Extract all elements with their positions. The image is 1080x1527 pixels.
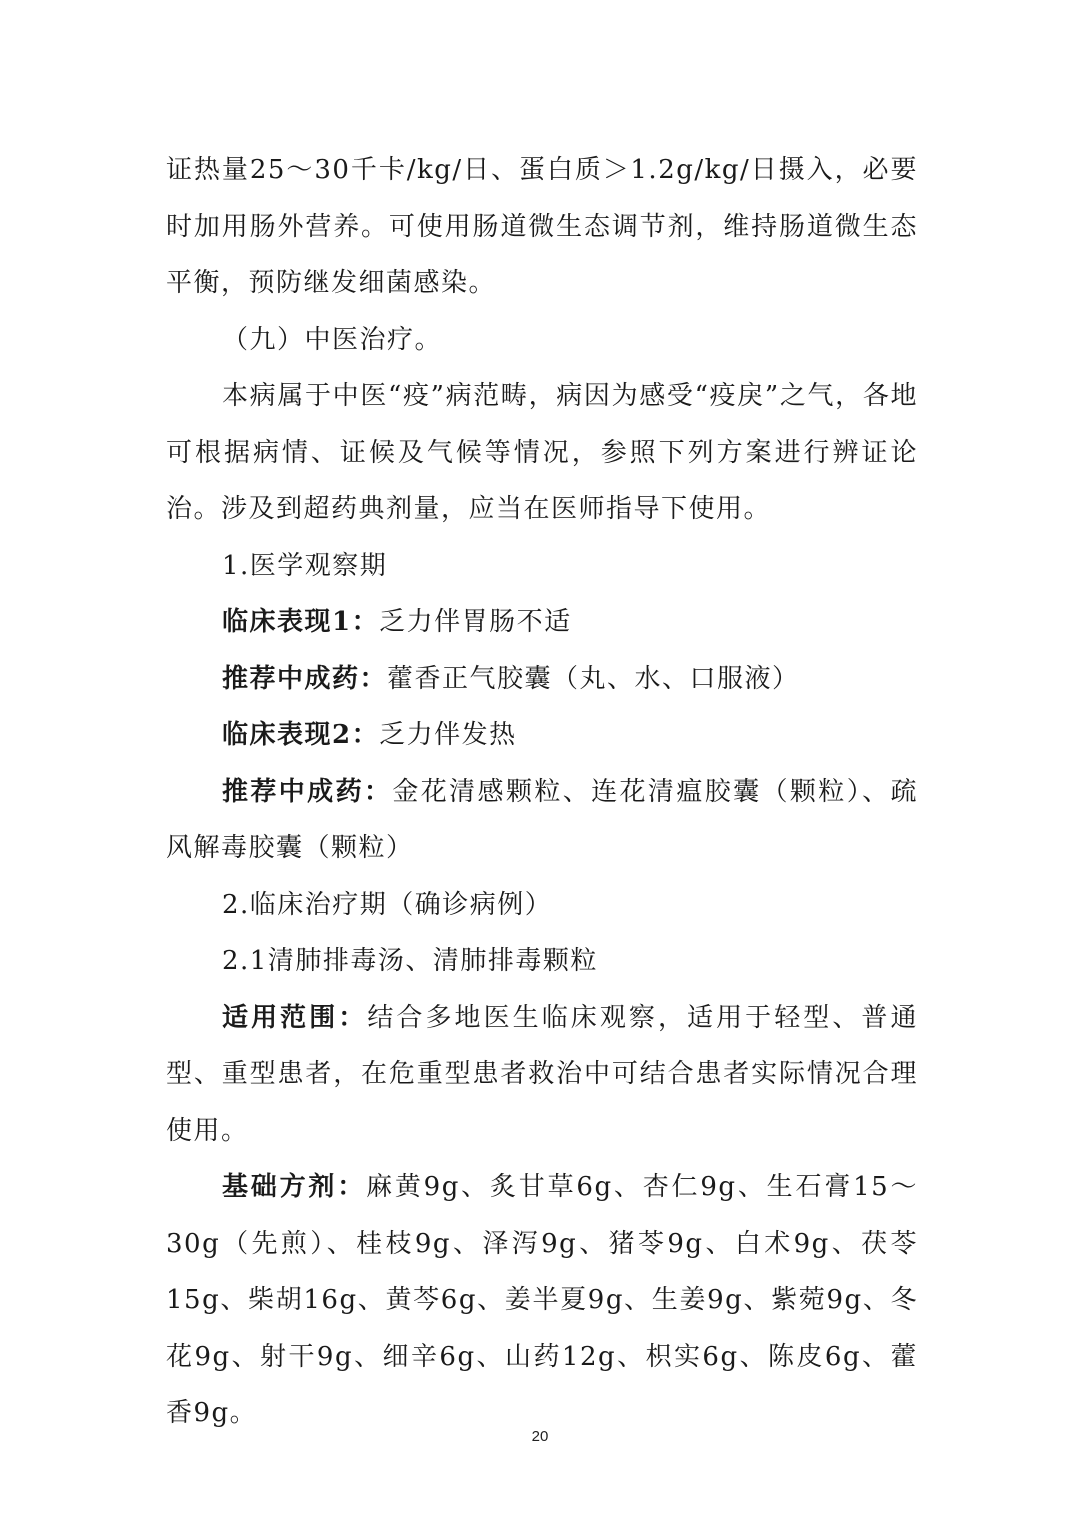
label-clinical-manifestation-2: 临床表现2： bbox=[222, 720, 379, 750]
text-clinical-manifestation-2: 乏力伴发热 bbox=[379, 720, 517, 750]
page-number: 20 bbox=[0, 1428, 1080, 1445]
document-page: 证热量25～30千卡/kg/日、蛋白质＞1.2g/kg/日摄入，必要时加用肠外营… bbox=[0, 0, 1080, 1527]
paragraph-nutrition-continued: 证热量25～30千卡/kg/日、蛋白质＞1.2g/kg/日摄入，必要时加用肠外营… bbox=[166, 142, 918, 312]
paragraph-recommended-medicine-2: 推荐中成药：金花清感颗粒、连花清瘟胶囊（颗粒）、疏风解毒胶囊（颗粒） bbox=[166, 764, 918, 877]
text-basic-prescription: 麻黄9g、炙甘草6g、杏仁9g、生石膏15～30g（先煎）、桂枝9g、泽泻9g、… bbox=[166, 1172, 918, 1428]
paragraph-recommended-medicine-1: 推荐中成药：藿香正气胶囊（丸、水、口服液） bbox=[166, 651, 918, 708]
paragraph-tcm-intro: 本病属于中医“疫”病范畴，病因为感受“疫戾”之气，各地可根据病情、证候及气候等情… bbox=[166, 368, 918, 538]
label-scope: 适用范围： bbox=[222, 1003, 367, 1033]
subheading-clinical-treatment: 2.临床治疗期（确诊病例） bbox=[166, 877, 918, 934]
paragraph-scope-of-application: 适用范围：结合多地医生临床观察，适用于轻型、普通型、重型患者，在危重型患者救治中… bbox=[166, 990, 918, 1160]
label-recommended-medicine-1: 推荐中成药： bbox=[222, 664, 387, 694]
text-clinical-manifestation-1: 乏力伴胃肠不适 bbox=[379, 607, 572, 637]
subheading-medical-observation: 1.医学观察期 bbox=[166, 538, 918, 595]
label-basic-prescription: 基础方剂： bbox=[222, 1172, 366, 1202]
label-clinical-manifestation-1: 临床表现1： bbox=[222, 607, 379, 637]
label-recommended-medicine-2: 推荐中成药： bbox=[222, 777, 392, 807]
paragraph-clinical-manifestation-1: 临床表现1：乏力伴胃肠不适 bbox=[166, 594, 918, 651]
section-heading-tcm-treatment: （九）中医治疗。 bbox=[166, 312, 918, 369]
paragraph-basic-prescription: 基础方剂：麻黄9g、炙甘草6g、杏仁9g、生石膏15～30g（先煎）、桂枝9g、… bbox=[166, 1159, 918, 1442]
document-body: 证热量25～30千卡/kg/日、蛋白质＞1.2g/kg/日摄入，必要时加用肠外营… bbox=[166, 142, 918, 1442]
paragraph-clinical-manifestation-2: 临床表现2：乏力伴发热 bbox=[166, 707, 918, 764]
subheading-qingfei-paidu: 2.1清肺排毒汤、清肺排毒颗粒 bbox=[166, 933, 918, 990]
text-recommended-medicine-1: 藿香正气胶囊（丸、水、口服液） bbox=[387, 664, 800, 694]
